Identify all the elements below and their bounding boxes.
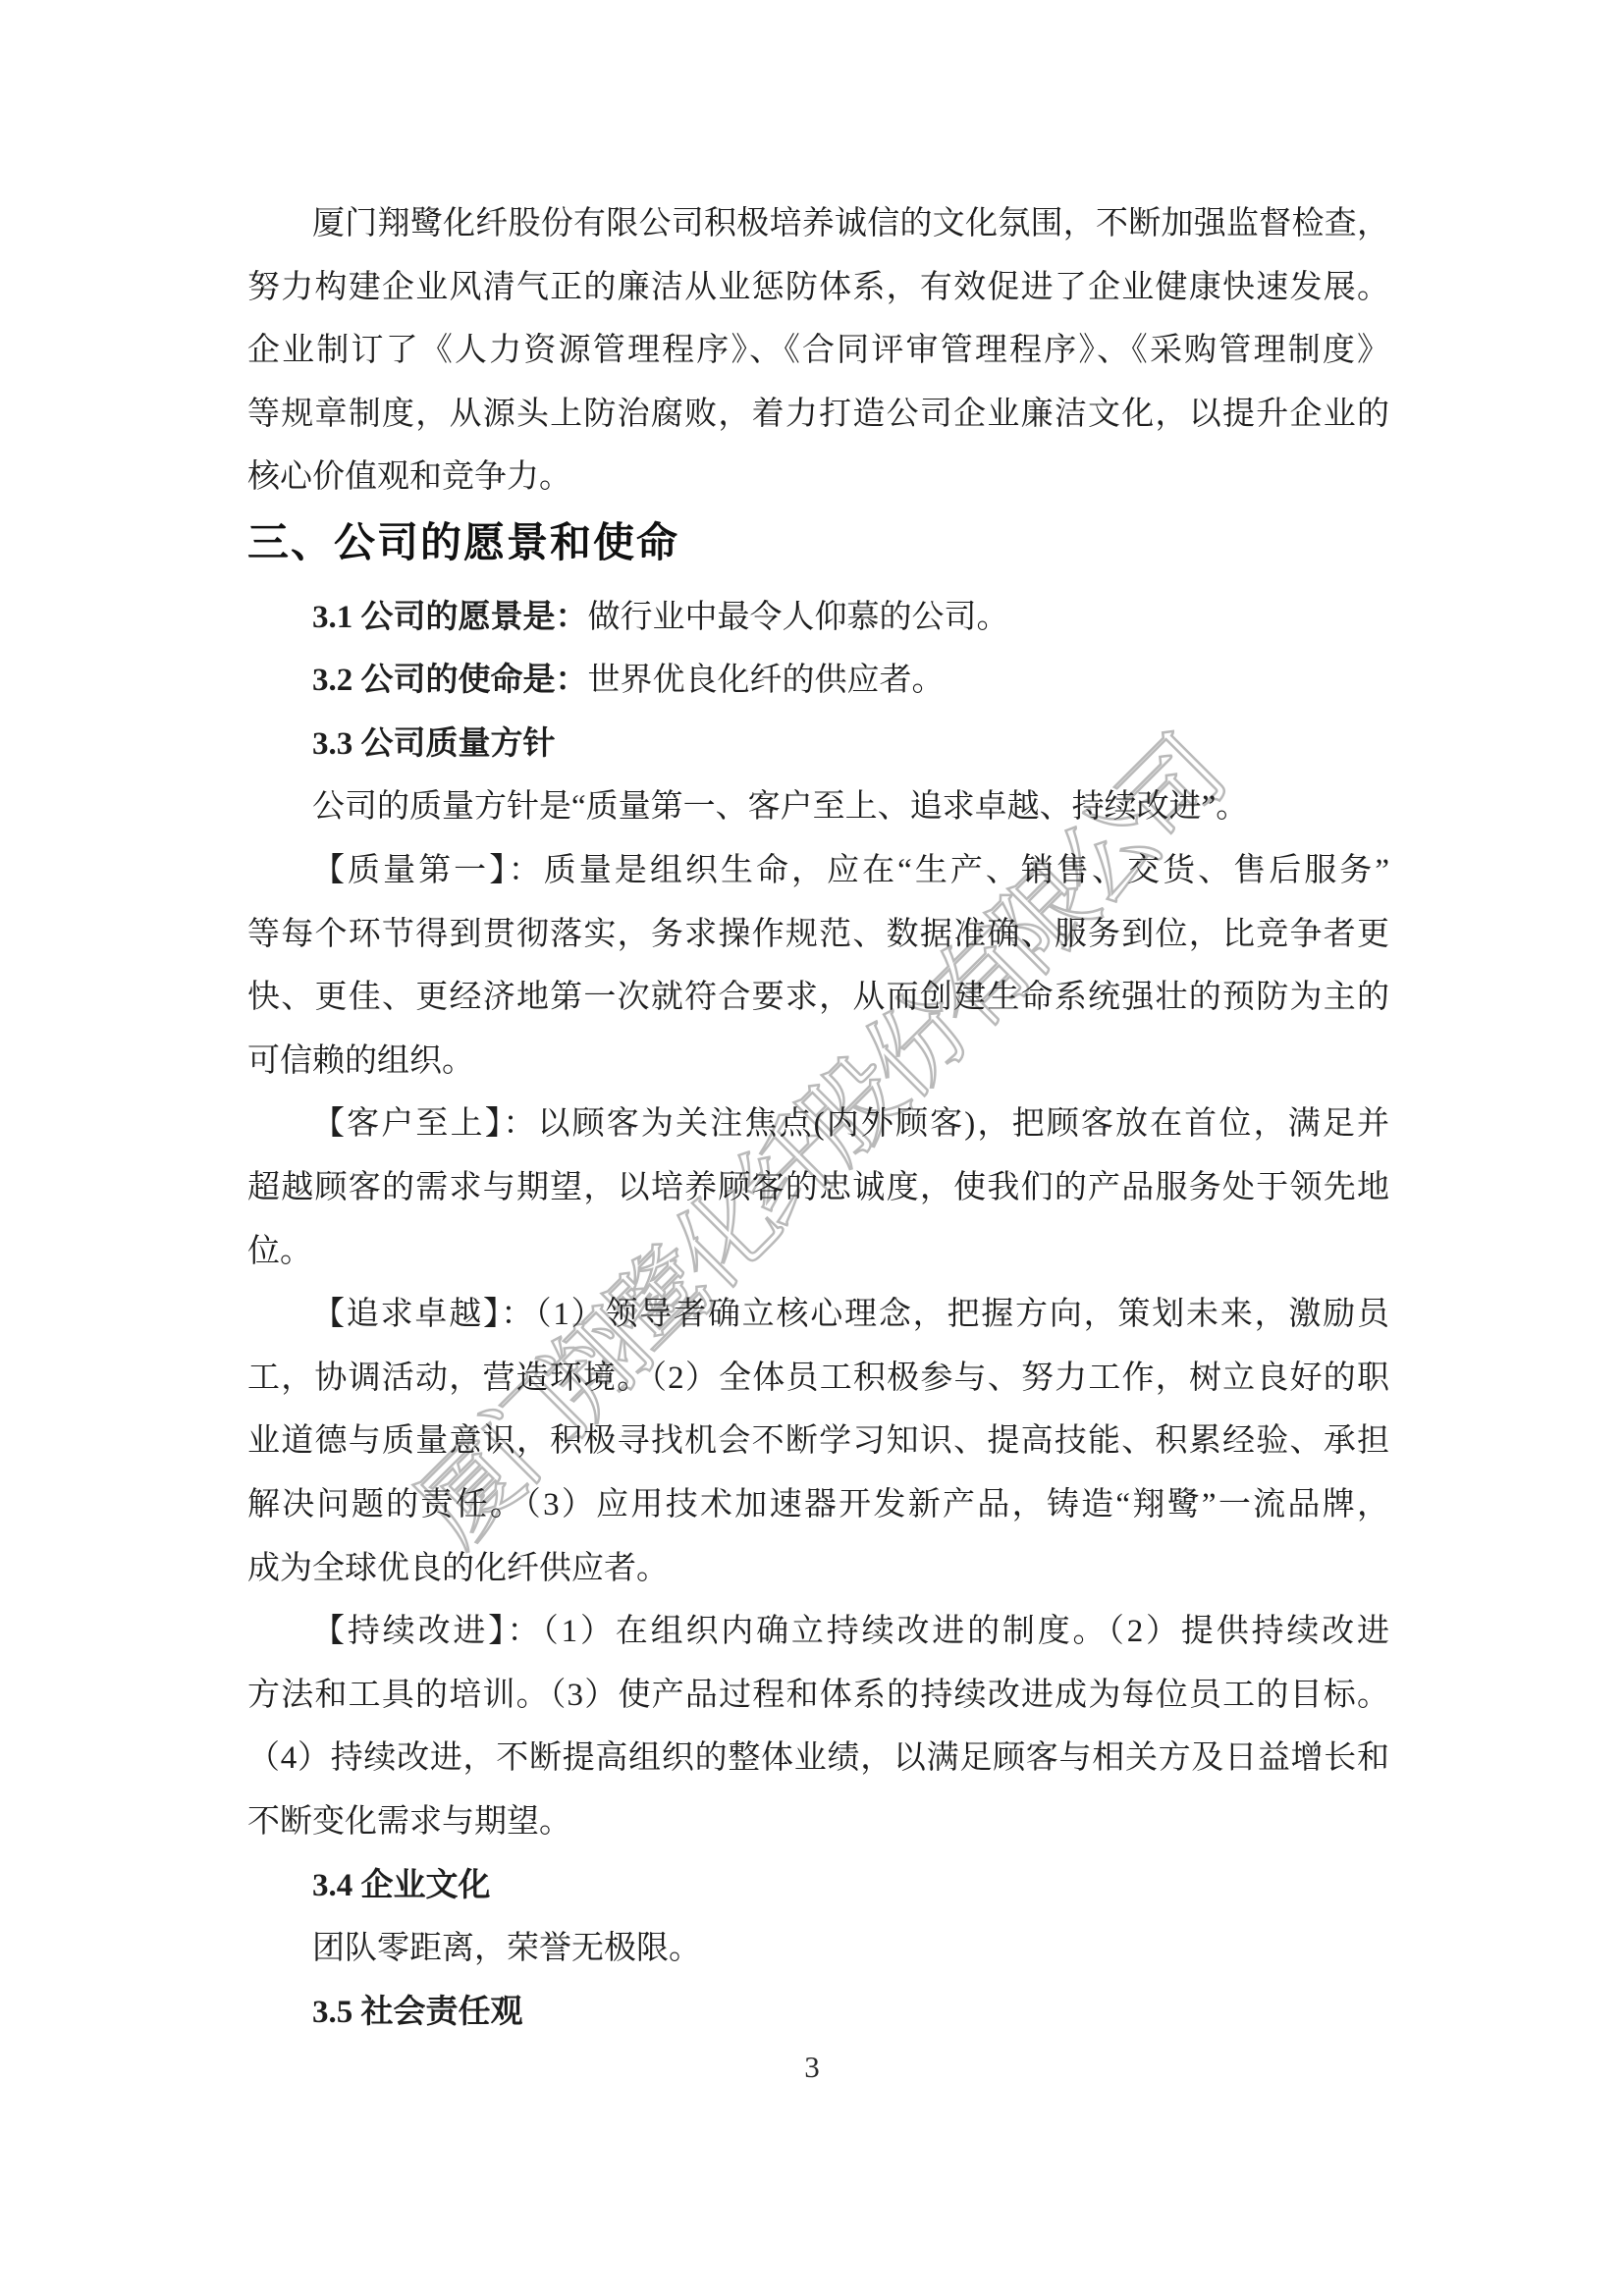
text-segment: 核心价值观和竞争力。 [247,459,571,495]
text-line: 解决问题的责任。（3）应用技术加速器开发新产品，铸造“翔鹭”一流品牌， [247,1485,1389,1528]
text-segment: 工，协调活动，营造环境。（2）全体员工积极参与、努力工作，树立良好的职 [247,1361,1389,1396]
bold-text-segment: 3.5 社会责任观 [312,1995,523,2030]
text-segment: 方法和工具的培训。（3）使产品过程和体系的持续改进成为每位员工的目标。 [247,1678,1389,1713]
text-line: 3.1 公司的愿景是：做行业中最令人仰慕的公司。 [312,598,1009,637]
text-segment: 等规章制度，从源头上防治腐败，着力打造公司企业廉洁文化，以提升企业的 [247,397,1389,432]
text-line: 位。 [247,1232,312,1271]
text-line: 工，协调活动，营造环境。（2）全体员工积极参与、努力工作，树立良好的职 [247,1359,1389,1402]
bold-text-segment: 3.2 公司的使命是： [312,663,588,698]
document-page: 厦门翔鹭化纤股份有限公司 厦门翔鹭化纤股份有限公司积极培养诚信的文化氛围，不断加… [0,0,1624,2296]
text-line: 3.3 公司质量方针 [312,724,556,764]
text-segment: 解决问题的责任。（3）应用技术加速器开发新产品，铸造“翔鹭”一流品牌， [247,1487,1389,1522]
text-line: 超越顾客的需求与期望，以培养顾客的忠诚度，使我们的产品服务处于领先地 [247,1168,1389,1211]
text-line: 核心价值观和竞争力。 [247,457,571,497]
document-content: 厦门翔鹭化纤股份有限公司积极培养诚信的文化氛围，不断加强监督检查，努力构建企业风… [0,0,1624,2296]
text-line: 3.4 企业文化 [312,1866,491,1905]
text-line: 3.5 社会责任观 [312,1993,523,2032]
text-line: 企业制订了《人力资源管理程序》、《合同评审管理程序》、《采购管理制度》 [247,331,1389,374]
text-line: 业道德与质量意识，积极寻找机会不断学习知识、提高技能、积累经验、承担 [247,1421,1389,1465]
bold-text-segment: 3.3 公司质量方针 [312,726,556,762]
page-number: 3 [0,2050,1624,2085]
text-line: 【质量第一】：质量是组织生命，应在“生产、销售、交货、售后服务” [312,851,1389,894]
text-line: 【追求卓越】：（1）领导者确立核心理念，把握方向，策划未来，激励员 [312,1295,1389,1338]
text-line: （4）持续改进，不断提高组织的整体业绩，以满足顾客与相关方及日益增长和 [247,1738,1389,1782]
text-line: 努力构建企业风清气正的廉洁从业惩防体系，有效促进了企业健康快速发展。 [247,268,1389,311]
text-segment: 【持续改进】：（1）在组织内确立持续改进的制度。（2）提供持续改进 [312,1614,1389,1649]
text-segment: 超越顾客的需求与期望，以培养顾客的忠诚度，使我们的产品服务处于领先地 [247,1170,1389,1205]
text-segment: 做行业中最令人仰慕的公司。 [588,600,1009,635]
text-line: 方法和工具的培训。（3）使产品过程和体系的持续改进成为每位员工的目标。 [247,1676,1389,1719]
text-segment: 【客户至上】：以顾客为关注焦点(内外顾客)，把顾客放在首位，满足并 [312,1106,1389,1142]
text-line: 可信赖的组织。 [247,1041,474,1081]
text-line: 团队零距离，荣誉无极限。 [312,1929,701,1968]
text-segment: 世界优良化纤的供应者。 [588,663,945,698]
text-segment: 团队零距离，荣誉无极限。 [312,1931,701,1966]
text-line: 【客户至上】：以顾客为关注焦点(内外顾客)，把顾客放在首位，满足并 [312,1104,1389,1148]
text-line: 3.2 公司的使命是：世界优良化纤的供应者。 [312,661,945,700]
text-segment: 【追求卓越】：（1）领导者确立核心理念，把握方向，策划未来，激励员 [312,1297,1389,1332]
text-segment: 等每个环节得到贯彻落实，务求操作规范、数据准确、服务到位，比竞争者更 [247,917,1389,952]
text-line: 等规章制度，从源头上防治腐败，着力打造公司企业廉洁文化，以提升企业的 [247,395,1389,438]
text-segment: （4）持续改进，不断提高组织的整体业绩，以满足顾客与相关方及日益增长和 [247,1740,1389,1776]
text-segment: 努力构建企业风清气正的廉洁从业惩防体系，有效促进了企业健康快速发展。 [247,270,1389,305]
text-segment: 成为全球优良的化纤供应者。 [247,1551,669,1586]
text-line: 厦门翔鹭化纤股份有限公司积极培养诚信的文化氛围，不断加强监督检查， [312,204,1389,247]
text-segment: 不断变化需求与期望。 [247,1804,571,1840]
text-segment: 业道德与质量意识，积极寻找机会不断学习知识、提高技能、积累经验、承担 [247,1423,1389,1459]
text-line: 公司的质量方针是“质量第一、客户至上、追求卓越、持续改进”。 [312,787,1248,827]
bold-text-segment: 3.4 企业文化 [312,1868,491,1903]
section-heading: 三、公司的愿景和使命 [247,517,679,567]
text-segment: 位。 [247,1234,312,1269]
text-segment: 公司的质量方针是“质量第一、客户至上、追求卓越、持续改进”。 [312,789,1248,825]
text-line: 【持续改进】：（1）在组织内确立持续改进的制度。（2）提供持续改进 [312,1612,1389,1655]
text-segment: 【质量第一】：质量是组织生命，应在“生产、销售、交货、售后服务” [312,853,1389,888]
bold-text-segment: 3.1 公司的愿景是： [312,600,588,635]
text-segment: 厦门翔鹭化纤股份有限公司积极培养诚信的文化氛围，不断加强监督检查， [312,206,1389,241]
text-segment: 快、更佳、更经济地第一次就符合要求，从而创建生命系统强壮的预防为主的 [247,980,1389,1015]
text-line: 不断变化需求与期望。 [247,1802,571,1842]
text-line: 成为全球优良的化纤供应者。 [247,1549,669,1588]
bold-text-segment: 三、公司的愿景和使命 [247,519,679,565]
text-segment: 企业制订了《人力资源管理程序》、《合同评审管理程序》、《采购管理制度》 [247,333,1389,368]
text-line: 快、更佳、更经济地第一次就符合要求，从而创建生命系统强壮的预防为主的 [247,978,1389,1021]
text-segment: 可信赖的组织。 [247,1043,474,1079]
text-line: 等每个环节得到贯彻落实，务求操作规范、数据准确、服务到位，比竞争者更 [247,915,1389,958]
